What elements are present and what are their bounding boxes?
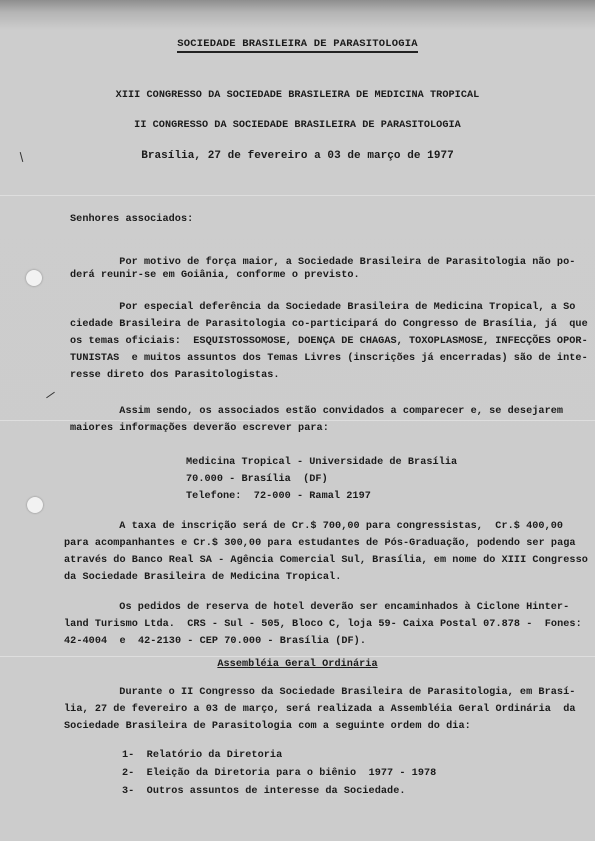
paragraph-6-line: Sociedade Brasileira de Parasitologia co…	[64, 720, 471, 733]
paragraph-4-line: da Sociedade Brasileira de Medicina Trop…	[64, 571, 341, 584]
paragraph-4-line: para acompanhantes e Cr.$ 300,00 para es…	[64, 537, 576, 550]
paragraph-6-line: lia, 27 de fevereiro a 03 de março, será…	[64, 703, 576, 716]
paragraph-2-line: os temas oficiais: ESQUISTOSSOMOSE, DOEN…	[70, 335, 588, 348]
paragraph-3-line: maiores informações deverão escrever par…	[70, 422, 329, 435]
paragraph-5-line: 42-4004 e 42-2130 - CEP 70.000 - Brasíli…	[64, 635, 366, 648]
paragraph-5-line: land Turismo Ltda. CRS - Sul - 505, Bloc…	[64, 618, 582, 631]
section-heading: Assembléia Geral Ordinária	[0, 658, 595, 671]
agenda-item: 1- Relatório da Diretoria	[122, 749, 282, 762]
salutation: Senhores associados:	[70, 213, 193, 226]
paper-fold-line	[0, 420, 595, 421]
paragraph-2-line: resse direto dos Parasitologistas.	[70, 369, 280, 382]
agenda-item: 2- Eleição da Diretoria para o biênio 19…	[122, 767, 436, 780]
pen-mark	[46, 392, 55, 399]
paragraph-6-line: Durante o II Congresso da Sociedade Bras…	[70, 686, 575, 699]
paragraph-2-line: TUNISTAS e muitos assuntos dos Temas Liv…	[70, 352, 588, 365]
address-line: Telefone: 72-000 - Ramal 2197	[186, 490, 371, 503]
paragraph-1-line: derá reunir-se em Goiânia, conforme o pr…	[70, 269, 360, 282]
scanned-letter-page: SOCIEDADE BRASILEIRA DE PARASITOLOGIA XI…	[0, 0, 595, 841]
address-line: Medicina Tropical - Universidade de Bras…	[186, 456, 457, 469]
paragraph-3-line: Assim sendo, os associados estão convida…	[70, 405, 563, 418]
congress-title-2: II CONGRESSO DA SOCIEDADE BRASILEIRA DE …	[0, 119, 595, 132]
organization-title: SOCIEDADE BRASILEIRA DE PARASITOLOGIA	[0, 38, 595, 50]
paragraph-4-line: através do Banco Real SA - Agência Comer…	[64, 554, 588, 567]
event-dates: Brasília, 27 de fevereiro a 03 de março …	[0, 150, 595, 163]
paragraph-2-line: Por especial deferência da Sociedade Bra…	[70, 301, 575, 314]
paper-fold-line	[0, 656, 595, 657]
paragraph-5-line: Os pedidos de reserva de hotel deverão s…	[70, 601, 569, 614]
punch-hole	[26, 270, 42, 286]
paragraph-1-line: Por motivo de força maior, a Sociedade B…	[70, 256, 575, 269]
paper-fold-line	[0, 195, 595, 196]
paragraph-2-line: ciedade Brasileira de Parasitologia co-p…	[70, 318, 588, 331]
address-line: 70.000 - Brasília (DF)	[186, 473, 328, 486]
paragraph-4-line: A taxa de inscrição será de Cr.$ 700,00 …	[70, 520, 563, 533]
agenda-item: 3- Outros assuntos de interesse da Socie…	[122, 785, 406, 798]
congress-title-1: XIII CONGRESSO DA SOCIEDADE BRASILEIRA D…	[0, 89, 595, 102]
punch-hole	[27, 497, 43, 513]
